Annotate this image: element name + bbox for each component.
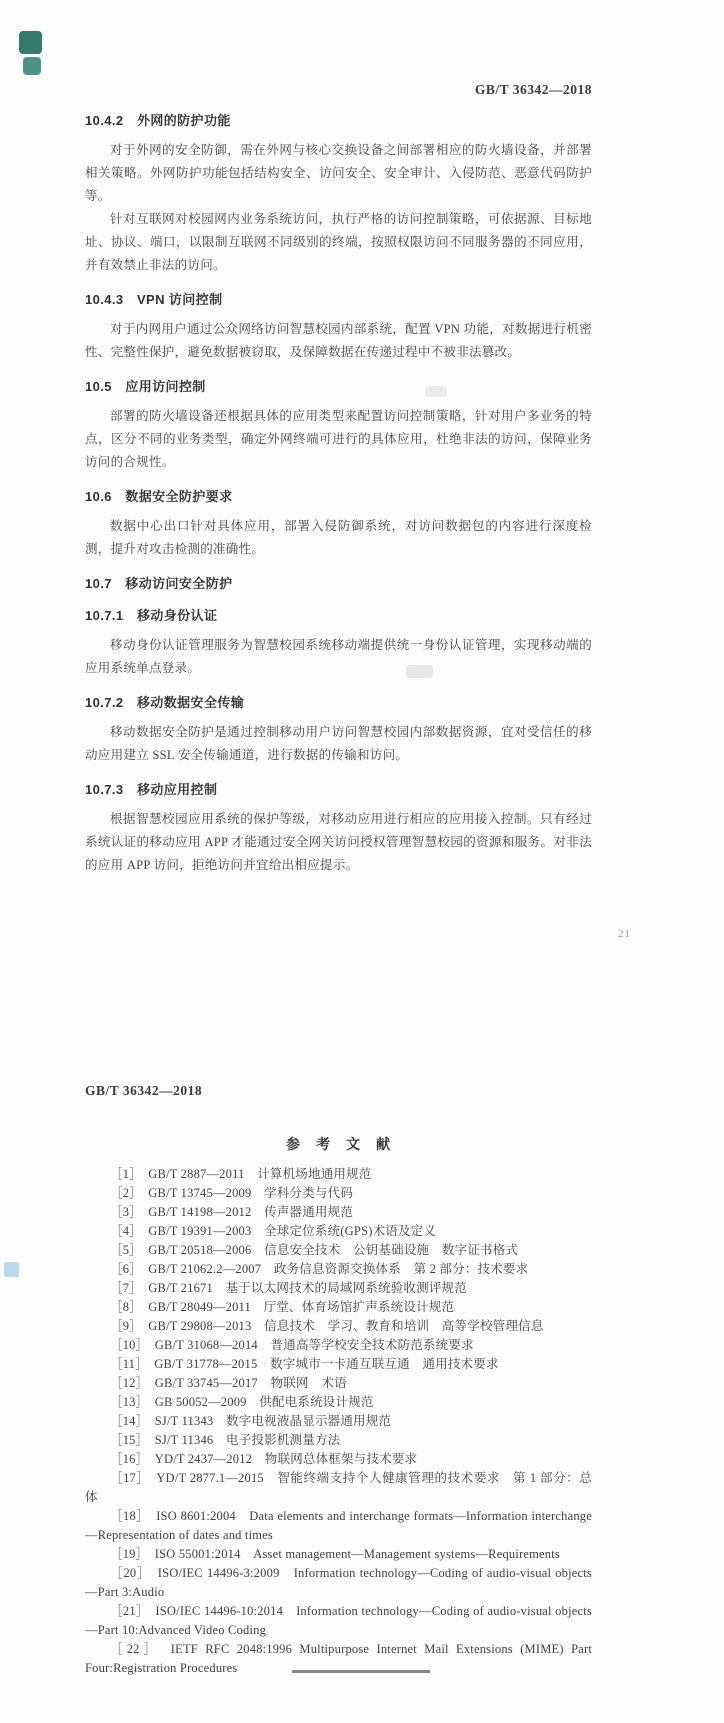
page1-page-number: 21 [618, 928, 648, 940]
reference-entry: ［6］ GB/T 21062.2—2007 政务信息资源交换体系 第 2 部分：… [85, 1260, 592, 1279]
reference-entry: ［9］ GB/T 29808—2013 信息技术 学习、教育和培训 高等学校管理… [85, 1317, 592, 1336]
section-heading: 10.5 应用访问控制 [85, 378, 592, 396]
reference-entry: ［4］ GB/T 19391—2003 全球定位系统(GPS)术语及定义 [85, 1222, 592, 1241]
reference-entry: ［8］ GB/T 28049—2011 厅堂、体育场馆扩声系统设计规范 [85, 1298, 592, 1317]
reference-entry: ［21］ ISO/IEC 14496-10:2014 Information t… [85, 1602, 592, 1640]
document-scan: GB/T 36342—2018 10.4.2 外网的防护功能对于外网的安全防御，… [0, 0, 724, 1723]
section-heading: 10.7 移动访问安全防护 [85, 575, 592, 593]
reference-entry: ［17］ YD/T 2877.1—2015 智能终端支持个人健康管理的技术要求 … [85, 1469, 592, 1507]
scroll-marker-icon [4, 1262, 19, 1277]
end-of-document-divider [292, 1670, 430, 1673]
reference-entry: ［7］ GB/T 21671 基于以太网技术的局域网系统验收测评规范 [85, 1279, 592, 1298]
standard-page-references: GB/T 36342—2018 参 考 文 献 ［1］ GB/T 2887—20… [85, 1083, 592, 1678]
reference-entry: ［16］ YD/T 2437—2012 物联网总体框架与技术要求 [85, 1450, 592, 1469]
page2-standard-number-header: GB/T 36342—2018 [85, 1083, 592, 1099]
reference-entry: ［18］ ISO 8601:2004 Data elements and int… [85, 1507, 592, 1545]
section-heading: 10.7.3 移动应用控制 [85, 781, 592, 799]
page1-sections: 10.4.2 外网的防护功能对于外网的安全防御，需在外网与核心交换设备之间部署相… [85, 112, 592, 877]
reference-entry: ［12］ GB/T 33745—2017 物联网 术语 [85, 1374, 592, 1393]
page1-standard-number-header: GB/T 36342—2018 [85, 82, 592, 98]
references-title: 参 考 文 献 [85, 1135, 592, 1153]
reference-entry: ［3］ GB/T 14198—2012 传声器通用规范 [85, 1203, 592, 1222]
reference-entry: ［14］ SJ/T 11343 数字电视液晶显示器通用规范 [85, 1412, 592, 1431]
section-heading: 10.4.2 外网的防护功能 [85, 112, 592, 130]
reference-entry: ［13］ GB 50052—2009 供配电系统设计规范 [85, 1393, 592, 1412]
section-heading: 10.4.3 VPN 访问控制 [85, 291, 592, 309]
references-list: ［1］ GB/T 2887—2011 计算机场地通用规范［2］ GB/T 137… [85, 1165, 592, 1678]
section-heading: 10.7.2 移动数据安全传输 [85, 694, 592, 712]
reference-entry: ［1］ GB/T 2887—2011 计算机场地通用规范 [85, 1165, 592, 1184]
reference-entry: ［11］ GB/T 31778—2015 数字城市一卡通互联互通 通用技术要求 [85, 1355, 592, 1374]
reference-entry: ［5］ GB/T 20518—2006 信息安全技术 公钥基础设施 数字证书格式 [85, 1241, 592, 1260]
reference-entry: ［2］ GB/T 13745—2009 学科分类与代码 [85, 1184, 592, 1203]
scan-smudge [406, 665, 433, 678]
section-paragraph: 移动身份认证管理服务为智慧校园系统移动端提供统一身份认证管理，实现移动端的应用系… [85, 634, 592, 680]
reference-entry: ［10］ GB/T 31068—2014 普通高等学校安全技术防范系统要求 [85, 1336, 592, 1355]
section-paragraph: 根据智慧校园应用系统的保护等级，对移动应用进行相应的应用接入控制。只有经过系统认… [85, 808, 592, 877]
scan-smudge [425, 386, 447, 397]
app-badge-icon [23, 57, 41, 75]
section-heading: 10.6 数据安全防护要求 [85, 488, 592, 506]
reference-entry: ［19］ ISO 55001:2014 Asset management—Man… [85, 1545, 592, 1564]
section-paragraph: 针对互联网对校园网内业务系统访问，执行严格的访问控制策略，可依据源、目标地址、协… [85, 208, 592, 277]
section-paragraph: 移动数据安全防护是通过控制移动用户访问智慧校园内部数据资源，宜对受信任的移动应用… [85, 721, 592, 767]
section-heading: 10.7.1 移动身份认证 [85, 607, 592, 625]
standard-page-21: GB/T 36342—2018 10.4.2 外网的防护功能对于外网的安全防御，… [85, 82, 592, 877]
reference-entry: ［20］ ISO/IEC 14496-3:2009 Information te… [85, 1564, 592, 1602]
section-paragraph: 部署的防火墙设备还根据具体的应用类型来配置访问控制策略，针对用户多业务的特点，区… [85, 405, 592, 474]
section-paragraph: 数据中心出口针对具体应用，部署入侵防御系统，对访问数据包的内容进行深度检测，提升… [85, 515, 592, 561]
app-badge-icon [19, 31, 42, 54]
section-paragraph: 对于外网的安全防御，需在外网与核心交换设备之间部署相应的防火墙设备，并部署相关策… [85, 139, 592, 208]
section-paragraph: 对于内网用户通过公众网络访问智慧校园内部系统，配置 VPN 功能，对数据进行机密… [85, 318, 592, 364]
reference-entry: ［15］ SJ/T 11346 电子投影机测量方法 [85, 1431, 592, 1450]
